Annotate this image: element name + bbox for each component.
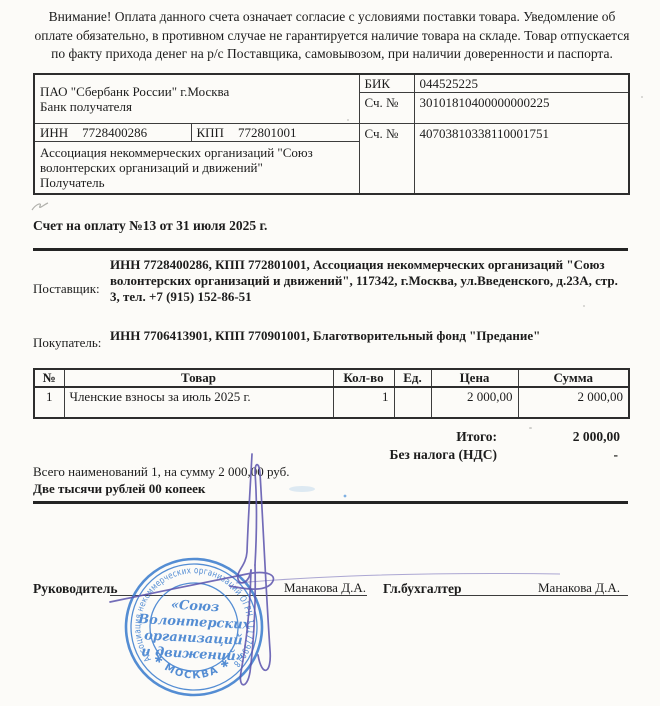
- total-label: Итого:: [456, 429, 497, 445]
- inn-cell: ИНН7728400286: [34, 124, 191, 142]
- divider-rule-bottom: [33, 501, 628, 504]
- table-row: 1 Членские взносы за июль 2025 г. 1 2 00…: [34, 387, 629, 418]
- buyer-details: ИНН 7706413901, КПП 770901001, Благотвор…: [110, 328, 630, 344]
- corr-account-label: Сч. №: [359, 93, 414, 124]
- col-header-num: №: [34, 369, 64, 387]
- bank-name: ПАО "Сбербанк России" г.Москва: [40, 84, 354, 99]
- summary-line: Всего наименований 1, на сумму 2 000,00 …: [33, 464, 290, 480]
- item-name: Членские взносы за июль 2025 г.: [64, 387, 333, 418]
- items-header-row: № Товар Кол-во Ед. Цена Сумма: [34, 369, 629, 387]
- pencil-mark: [28, 198, 58, 218]
- scan-speck: [583, 305, 585, 307]
- bank-name-cell: ПАО "Сбербанк России" г.Москва Банк полу…: [34, 74, 359, 124]
- director-label: Руководитель: [33, 581, 118, 597]
- bik-value: 044525225: [414, 74, 629, 93]
- items-table: № Товар Кол-во Ед. Цена Сумма 1 Членские…: [33, 368, 630, 419]
- supplier-details: ИНН 7728400286, КПП 772801001, Ассоциаци…: [110, 257, 630, 305]
- vat-value: -: [614, 447, 619, 463]
- col-header-product: Товар: [64, 369, 333, 387]
- col-header-sum: Сумма: [518, 369, 629, 387]
- kpp-cell: КПП772801001: [191, 124, 359, 142]
- supplier-label: Поставщик:: [33, 281, 100, 297]
- col-header-qty: Кол-во: [333, 369, 394, 387]
- col-header-price: Цена: [431, 369, 518, 387]
- item-price: 2 000,00: [431, 387, 518, 418]
- account-label: Сч. №: [359, 124, 414, 194]
- item-num: 1: [34, 387, 64, 418]
- scan-speck: [641, 96, 643, 98]
- recipient-name: Ассоциация некоммерческих организаций "С…: [40, 145, 354, 175]
- scan-speck: [529, 427, 532, 429]
- stamp-center-line-1: «Союз: [170, 598, 219, 616]
- col-header-unit: Ед.: [394, 369, 431, 387]
- item-sum: 2 000,00: [518, 387, 629, 418]
- kpp-value: 772801001: [238, 125, 297, 140]
- ink-smudge: [289, 486, 315, 492]
- vat-label: Без налога (НДС): [390, 447, 497, 463]
- recipient-label: Получатель: [40, 175, 354, 190]
- inn-value: 7728400286: [82, 125, 147, 140]
- scan-speck: [347, 119, 349, 121]
- invoice-document: Внимание! Оплата данного счета означает …: [0, 0, 660, 706]
- corr-account-value: 30101810400000000225: [414, 93, 629, 124]
- director-name: Манакова Д.А.: [284, 580, 366, 596]
- payment-warning-text: Внимание! Оплата данного счета означает …: [32, 8, 632, 64]
- item-unit: [394, 387, 431, 418]
- buyer-label: Покупатель:: [33, 335, 101, 351]
- organization-stamp: Ассоциация некоммерческих организаций ОГ…: [112, 545, 276, 706]
- kpp-label: КПП: [197, 125, 224, 140]
- accountant-name: Манакова Д.А.: [538, 580, 620, 596]
- bank-details-table: ПАО "Сбербанк России" г.Москва Банк полу…: [33, 73, 630, 195]
- inn-label: ИНН: [40, 125, 68, 140]
- bik-label: БИК: [359, 74, 414, 93]
- divider-rule-top: [33, 248, 628, 251]
- account-value: 40703810338110001751: [414, 124, 629, 194]
- amount-in-words: Две тысячи рублей 00 копеек: [33, 481, 205, 497]
- item-qty: 1: [333, 387, 394, 418]
- recipient-cell: Ассоциация некоммерческих организаций "С…: [34, 142, 359, 194]
- bank-label: Банк получателя: [40, 99, 354, 114]
- total-value: 2 000,00: [573, 429, 620, 445]
- invoice-title: Счет на оплату №13 от 31 июля 2025 г.: [33, 218, 267, 234]
